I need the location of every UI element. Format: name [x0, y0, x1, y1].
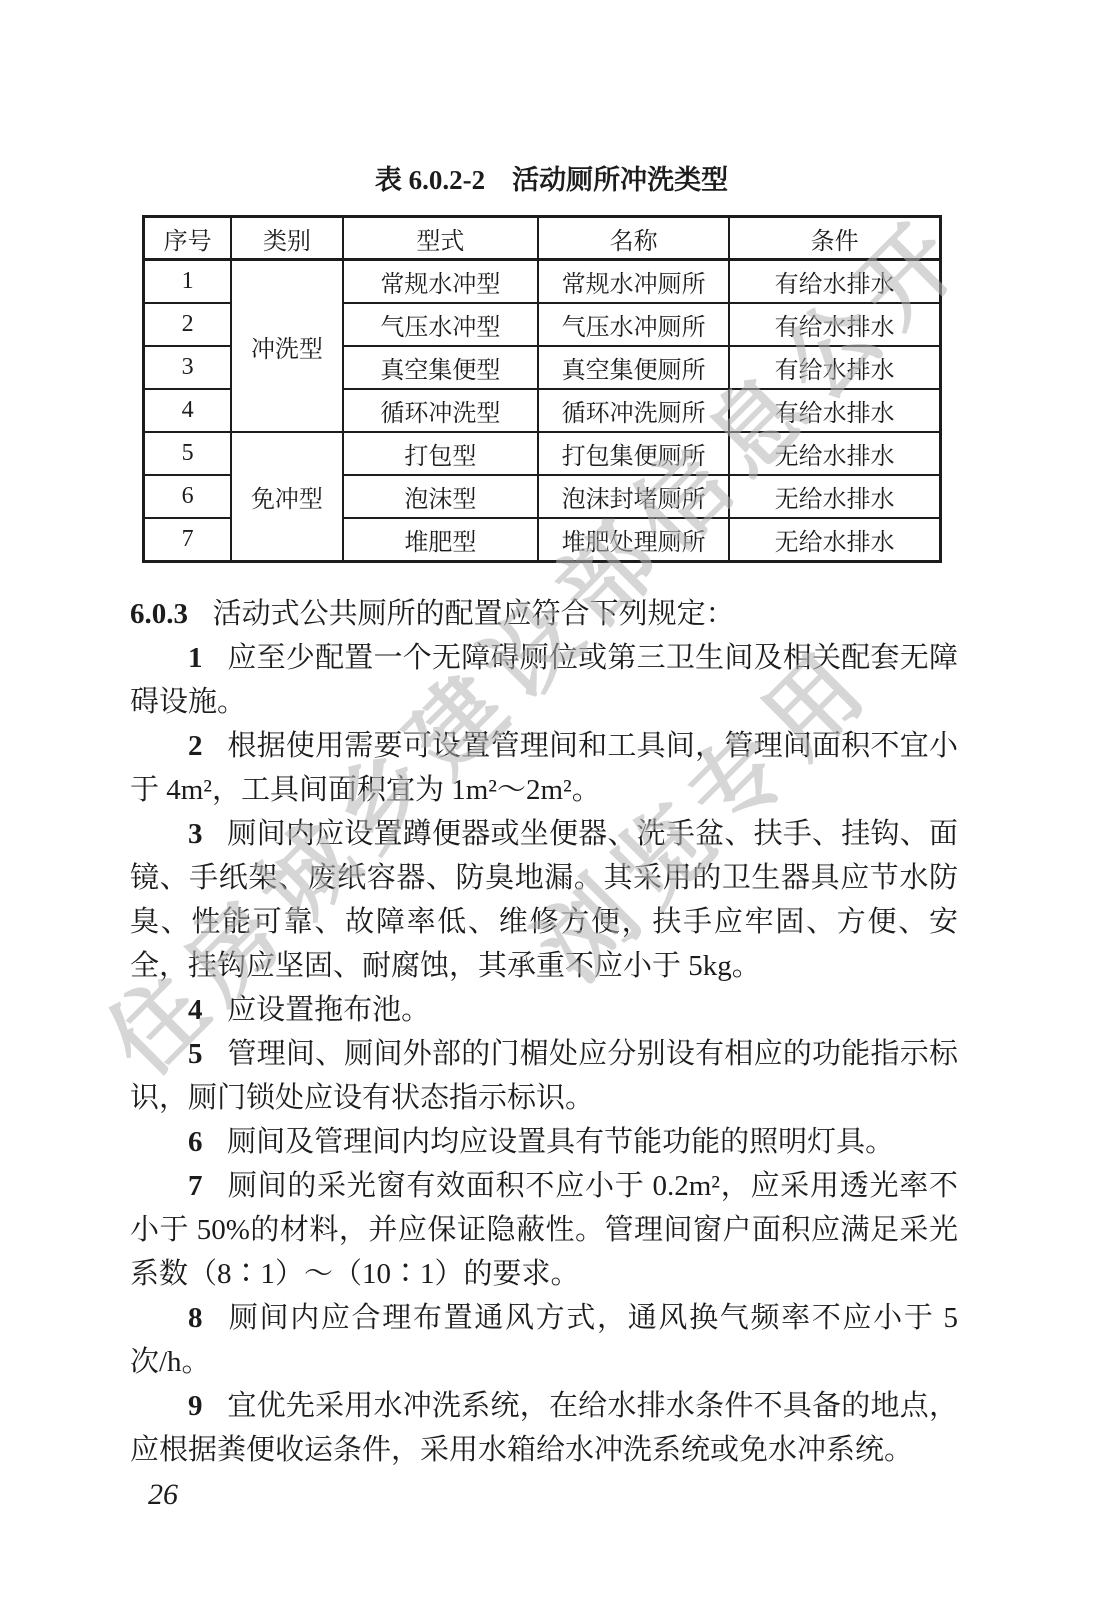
cell-condition: 无给水排水: [729, 475, 940, 518]
item-number: 5: [188, 1038, 203, 1070]
col-header-seq: 序号: [144, 217, 232, 260]
clause-item-8: 8厕间内应合理布置通风方式，通风换气频率不应小于 5 次/h。: [130, 1296, 958, 1384]
col-header-condition: 条件: [729, 217, 940, 260]
cell-name: 真空集便厕所: [538, 346, 729, 389]
page-number: 26: [148, 1478, 178, 1512]
cell-form: 泡沫型: [343, 475, 538, 518]
item-number: 7: [188, 1170, 203, 1202]
item-number: 3: [188, 818, 203, 850]
clause-item-3: 3厕间内应设置蹲便器或坐便器、洗手盆、扶手、挂钩、面镜、手纸架、废纸容器、防臭地…: [130, 812, 958, 988]
clause-item-2: 2根据使用需要可设置管理间和工具间，管理间面积不宜小于 4m²，工具间面积宜为 …: [130, 724, 958, 812]
cell-condition: 有给水排水: [729, 260, 940, 304]
cell-name: 循环冲洗厕所: [538, 389, 729, 432]
flush-types-table: 序号 类别 型式 名称 条件 1 冲洗型 常规水冲型 常规水冲厕所 有给水排水 …: [142, 215, 942, 563]
clause-item-1: 1应至少配置一个无障碍厕位或第三卫生间及相关配套无障碍设施。: [130, 636, 958, 724]
item-text: 管理间、厕间外部的门楣处应分别设有相应的功能指示标识，厕门锁处应设有状态指示标识…: [130, 1038, 958, 1114]
cell-form: 打包型: [343, 432, 538, 475]
item-number: 6: [188, 1126, 203, 1158]
item-number: 1: [188, 642, 203, 674]
item-text: 厕间内应设置蹲便器或坐便器、洗手盆、扶手、挂钩、面镜、手纸架、废纸容器、防臭地漏…: [130, 818, 958, 982]
cell-seq: 4: [144, 389, 232, 432]
document-page: 住房城乡建设部信息公开 浏览专用 表 6.0.2-2 活动厕所冲洗类型 序号 类…: [0, 0, 1103, 1598]
cell-form: 气压水冲型: [343, 303, 538, 346]
clause-item-9: 9宜优先采用水冲洗系统，在给水排水条件不具备的地点，应根据粪便收运条件，采用水箱…: [130, 1384, 958, 1472]
col-header-category: 类别: [231, 217, 343, 260]
cell-name: 打包集便厕所: [538, 432, 729, 475]
clause-item-5: 5管理间、厕间外部的门楣处应分别设有相应的功能指示标识，厕门锁处应设有状态指示标…: [130, 1032, 958, 1120]
item-text: 根据使用需要可设置管理间和工具间，管理间面积不宜小于 4m²，工具间面积宜为 1…: [130, 730, 958, 806]
cell-condition: 有给水排水: [729, 389, 940, 432]
clause-item-4: 4应设置拖布池。: [130, 988, 958, 1032]
cell-seq: 5: [144, 432, 232, 475]
table-header-row: 序号 类别 型式 名称 条件: [144, 217, 941, 260]
cell-condition: 无给水排水: [729, 432, 940, 475]
col-header-name: 名称: [538, 217, 729, 260]
item-number: 4: [188, 994, 203, 1026]
clause-6-0-3: 6.0.3活动式公共厕所的配置应符合下列规定：: [130, 592, 958, 636]
table-title: 表 6.0.2-2 活动厕所冲洗类型: [0, 158, 1103, 197]
cell-seq: 6: [144, 475, 232, 518]
item-number: 9: [188, 1390, 203, 1422]
col-header-form: 型式: [343, 217, 538, 260]
clause-text: 活动式公共厕所的配置应符合下列规定：: [213, 598, 735, 630]
clause-item-6: 6厕间及管理间内均应设置具有节能功能的照明灯具。: [130, 1120, 958, 1164]
item-number: 2: [188, 730, 203, 762]
cell-name: 常规水冲厕所: [538, 260, 729, 304]
cell-condition: 有给水排水: [729, 303, 940, 346]
cell-name: 气压水冲厕所: [538, 303, 729, 346]
cell-form: 循环冲洗型: [343, 389, 538, 432]
cell-form: 真空集便型: [343, 346, 538, 389]
item-text: 应设置拖布池。: [227, 994, 430, 1026]
table-row: 5 免冲型 打包型 打包集便厕所 无给水排水: [144, 432, 941, 475]
cell-condition: 有给水排水: [729, 346, 940, 389]
cell-form: 常规水冲型: [343, 260, 538, 304]
cell-form: 堆肥型: [343, 518, 538, 562]
table-row: 1 冲洗型 常规水冲型 常规水冲厕所 有给水排水: [144, 260, 941, 304]
cell-seq: 2: [144, 303, 232, 346]
clause-body: 6.0.3活动式公共厕所的配置应符合下列规定： 1应至少配置一个无障碍厕位或第三…: [130, 592, 958, 1472]
clause-number: 6.0.3: [130, 598, 188, 630]
clause-item-7: 7厕间的采光窗有效面积不应小于 0.2m²，应采用透光率不小于 50%的材料，并…: [130, 1164, 958, 1296]
cell-seq: 7: [144, 518, 232, 562]
item-text: 宜优先采用水冲洗系统，在给水排水条件不具备的地点，应根据粪便收运条件，采用水箱给…: [130, 1390, 958, 1466]
item-text: 应至少配置一个无障碍厕位或第三卫生间及相关配套无障碍设施。: [130, 642, 958, 718]
cell-name: 泡沫封堵厕所: [538, 475, 729, 518]
cell-category-flush: 冲洗型: [231, 260, 343, 433]
cell-name: 堆肥处理厕所: [538, 518, 729, 562]
cell-condition: 无给水排水: [729, 518, 940, 562]
cell-seq: 3: [144, 346, 232, 389]
item-text: 厕间内应合理布置通风方式，通风换气频率不应小于 5 次/h。: [130, 1302, 958, 1378]
item-text: 厕间及管理间内均应设置具有节能功能的照明灯具。: [227, 1126, 894, 1158]
cell-seq: 1: [144, 260, 232, 304]
cell-category-no-flush: 免冲型: [231, 432, 343, 562]
item-text: 厕间的采光窗有效面积不应小于 0.2m²，应采用透光率不小于 50%的材料，并应…: [130, 1170, 958, 1290]
item-number: 8: [188, 1302, 203, 1334]
